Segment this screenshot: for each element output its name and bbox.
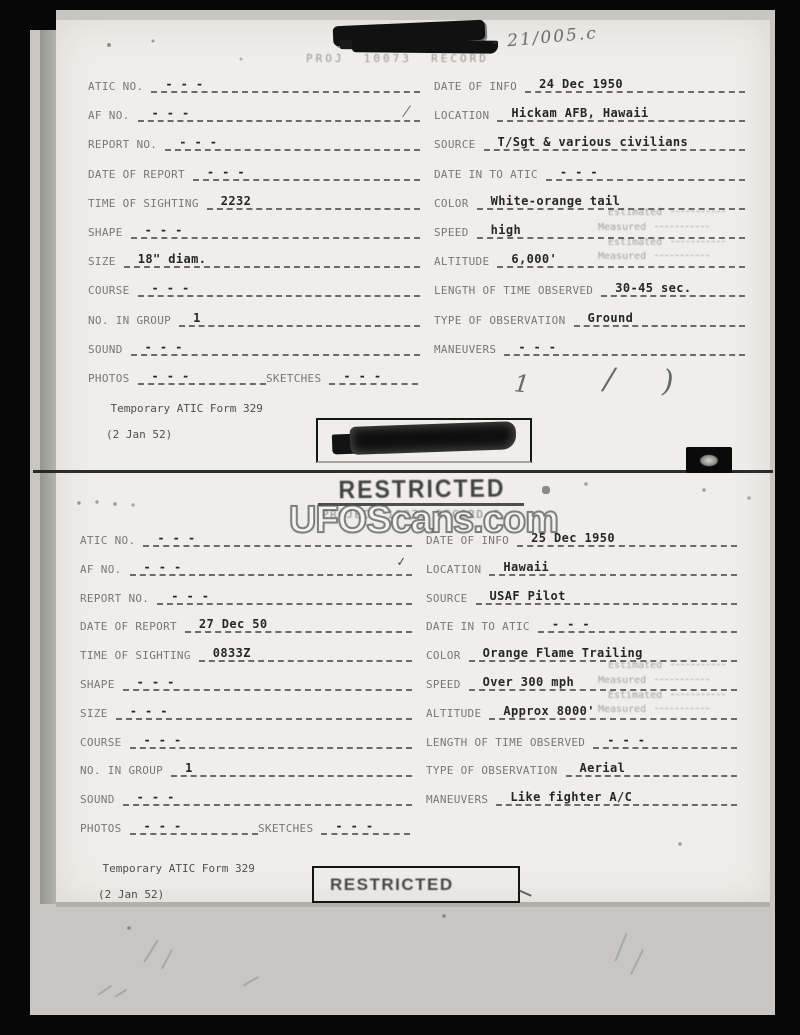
field-label: SKETCHES — [266, 372, 321, 385]
field-value: - - - — [504, 340, 745, 356]
field-value: USAF Pilot — [476, 589, 737, 605]
form-row: SOUND- - -MANEUVERS- - - — [88, 339, 745, 356]
field-left: NO. IN GROUP1 — [88, 310, 434, 327]
form-row: COURSE- - -LENGTH OF TIME OBSERVED- - - — [80, 732, 737, 749]
field-label: DATE OF INFO — [434, 80, 517, 93]
field-label: SKETCHES — [258, 822, 313, 835]
field-label: SPEED — [434, 226, 469, 239]
field-label: NO. IN GROUP — [88, 314, 171, 327]
field-right: LOCATIONHickam AFB, Hawaii — [434, 105, 745, 122]
handwritten-mark-3: ) — [662, 364, 674, 399]
field-value: - - - — [193, 165, 420, 181]
field-label: SIZE — [88, 255, 116, 268]
field-right: SOURCET/Sgt & various civilians — [434, 134, 745, 151]
field-value: - - - — [593, 733, 737, 749]
side-note: Measured — [598, 251, 758, 266]
page-divider-line — [33, 470, 773, 473]
field-label: SPEED — [426, 678, 461, 691]
form2-footer: Temporary ATIC Form 329 (2 Jan 52) — [76, 849, 255, 927]
restricted-stamp-footer-box: RESTRICTED — [312, 866, 520, 903]
field-left: ATIC NO.- - - — [88, 76, 434, 93]
field-label: SHAPE — [88, 226, 123, 239]
field-value: - - - — [123, 675, 412, 691]
field-label: COLOR — [426, 649, 461, 662]
field-right: TYPE OF OBSERVATIONGround — [434, 310, 745, 327]
field-label: REPORT NO. — [80, 592, 149, 605]
field-left: SHAPE- - - — [88, 222, 434, 239]
field-left: NO. IN GROUP1 — [80, 760, 426, 777]
field-right: DATE OF INFO24 Dec 1950 — [434, 76, 745, 93]
field-label: LOCATION — [434, 109, 489, 122]
field-label: PHOTOS — [88, 372, 130, 385]
film-punch-mark — [686, 447, 732, 473]
redaction-blob — [350, 421, 517, 455]
field-label: LENGTH OF TIME OBSERVED — [426, 736, 585, 749]
field-label: COLOR — [434, 197, 469, 210]
field-label: MANEUVERS — [434, 343, 496, 356]
form-name: Temporary ATIC Form 329 — [103, 862, 255, 875]
field-label: TYPE OF OBSERVATION — [426, 764, 558, 777]
form-row: AF NO.- - -LOCATIONHickam AFB, Hawaii — [88, 105, 745, 122]
field-right: LENGTH OF TIME OBSERVED30-45 sec. — [434, 280, 745, 297]
field-left: SOUND- - - — [88, 339, 434, 356]
field-value: - - - — [157, 589, 412, 605]
scan-corner-notch — [30, 10, 56, 30]
field-left: PHOTOS- - - — [88, 368, 266, 385]
form-row: NO. IN GROUP1TYPE OF OBSERVATIONAerial — [80, 760, 737, 777]
form1-footer: Temporary ATIC Form 329 (2 Jan 52) — [84, 389, 263, 467]
field-label: LOCATION — [426, 563, 481, 576]
field-label: PHOTOS — [80, 822, 122, 835]
field-value: Aerial — [566, 761, 737, 777]
field-right: TYPE OF OBSERVATIONAerial — [426, 760, 737, 777]
field-value: 24 Dec 1950 — [525, 77, 745, 93]
field-left: PHOTOS- - - — [80, 818, 258, 835]
field-value: - - - — [130, 819, 258, 835]
field-left: SHAPE- - - — [80, 674, 426, 691]
field-value: - - - — [538, 617, 737, 633]
field-value: - - - — [130, 560, 412, 576]
field-value: 1 — [179, 311, 420, 327]
paper-specks — [0, 0, 2, 2]
form-name: Temporary ATIC Form 329 — [111, 402, 263, 415]
redacted-stamp-box — [316, 418, 532, 463]
field-label: SOUND — [88, 343, 123, 356]
field-right: MANEUVERS- - - — [434, 339, 745, 356]
side-note: Estimated — [608, 690, 758, 705]
field-value: - - - — [138, 281, 420, 297]
form-row: AF NO.- - -LOCATIONHawaii — [80, 559, 737, 576]
form-row: SOUND- - -MANEUVERSLike fighter A/C — [80, 789, 737, 806]
field-label: COURSE — [88, 284, 130, 297]
field-right: LOCATIONHawaii — [426, 559, 737, 576]
field-value: - - - — [116, 704, 412, 720]
ufoscans-watermark: UFOScans.com — [289, 499, 558, 542]
field-label: AF NO. — [80, 563, 122, 576]
side-note: Estimated — [608, 660, 758, 675]
field-value: - - - — [130, 733, 412, 749]
field-label: MANEUVERS — [426, 793, 488, 806]
form-row: REPORT NO.- - -SOURCEUSAF Pilot — [80, 588, 737, 605]
field-value: Ground — [574, 311, 745, 327]
form-row: NO. IN GROUP1TYPE OF OBSERVATIONGround — [88, 310, 745, 327]
field-label: TYPE OF OBSERVATION — [434, 314, 566, 327]
field-value: - - - — [546, 165, 745, 181]
field-left: AF NO.- - - — [88, 105, 434, 122]
field-value: Like fighter A/C — [496, 790, 737, 806]
field-label: SOURCE — [426, 592, 468, 605]
field-left: SIZE18" diam. — [88, 251, 434, 268]
form-row: REPORT NO.- - -SOURCET/Sgt & various civ… — [88, 134, 745, 151]
field-right: SKETCHES- - - — [258, 818, 410, 835]
field-left: REPORT NO.- - - — [88, 134, 434, 151]
field-label: DATE IN TO ATIC — [434, 168, 538, 181]
field-label: SIZE — [80, 707, 108, 720]
field-left: COURSE- - - — [88, 280, 434, 297]
side-note: Estimated — [608, 207, 758, 222]
field-value: 0833Z — [199, 646, 412, 662]
field-label: SOURCE — [434, 138, 476, 151]
field-left: SOUND- - - — [80, 789, 426, 806]
form-row: COURSE- - -LENGTH OF TIME OBSERVED30-45 … — [88, 280, 745, 297]
field-right: SKETCHES- - - — [266, 368, 418, 385]
form2-side-notes: Estimated Measured Estimated Measured — [598, 660, 758, 719]
field-label: AF NO. — [88, 109, 130, 122]
field-label: ALTITUDE — [434, 255, 489, 268]
form-row: DATE OF REPORT27 Dec 50DATE IN TO ATIC- … — [80, 616, 737, 633]
form-date: (2 Jan 52) — [98, 888, 255, 901]
field-left: REPORT NO.- - - — [80, 588, 426, 605]
page-edge-shadow — [40, 24, 57, 904]
scanned-document: PROJ 10073 RECORD - 21/005.c / ATIC NO.-… — [0, 0, 800, 1035]
field-left: DATE OF REPORT27 Dec 50 — [80, 616, 426, 633]
field-right: DATE IN TO ATIC- - - — [434, 164, 745, 181]
field-right: DATE IN TO ATIC- - - — [426, 616, 737, 633]
field-right: SOURCEUSAF Pilot — [426, 588, 737, 605]
form-row: DATE OF REPORT- - -DATE IN TO ATIC- - - — [88, 164, 745, 181]
field-label: SOUND — [80, 793, 115, 806]
field-label: REPORT NO. — [88, 138, 157, 151]
project-record-caption-1: PROJ 10073 RECORD — [306, 52, 489, 65]
form-row: PHOTOS- - -SKETCHES- - - — [80, 818, 410, 835]
field-value: 30-45 sec. — [601, 281, 745, 297]
field-value: - - - — [123, 790, 412, 806]
field-label: ATIC NO. — [88, 80, 143, 93]
field-label: TIME OF SIGHTING — [80, 649, 191, 662]
field-left: SIZE- - - — [80, 703, 426, 720]
form-date: (2 Jan 52) — [106, 428, 263, 441]
field-value: - - - — [131, 223, 420, 239]
field-value: 1 — [171, 761, 412, 777]
field-value: 2232 — [207, 194, 420, 210]
field-label: ATIC NO. — [80, 534, 135, 547]
field-left: TIME OF SIGHTING2232 — [88, 193, 434, 210]
side-note: Measured — [598, 222, 758, 237]
form-row: ATIC NO.- - -DATE OF INFO24 Dec 1950 — [88, 76, 745, 93]
field-label: SHAPE — [80, 678, 115, 691]
field-left: AF NO.- - - — [80, 559, 426, 576]
field-value: 18" diam. — [124, 252, 420, 268]
field-label: NO. IN GROUP — [80, 764, 163, 777]
restricted-stamp-footer: RESTRICTED — [330, 875, 454, 895]
field-right: LENGTH OF TIME OBSERVED- - - — [426, 732, 737, 749]
side-note: Measured — [598, 704, 758, 719]
field-value: - - - — [165, 135, 420, 151]
field-value: Hawaii — [489, 560, 737, 576]
field-label: TIME OF SIGHTING — [88, 197, 199, 210]
field-value: - - - — [321, 819, 410, 835]
field-left: COURSE- - - — [80, 732, 426, 749]
field-label: ALTITUDE — [426, 707, 481, 720]
field-left: TIME OF SIGHTING0833Z — [80, 645, 426, 662]
field-value: - - - — [329, 369, 418, 385]
side-note: Estimated — [608, 237, 758, 252]
form1-side-notes: Estimated Measured Estimated Measured — [598, 207, 758, 266]
field-value: Hickam AFB, Hawaii — [497, 106, 745, 122]
field-label: DATE OF REPORT — [80, 620, 177, 633]
handwritten-mark-1: 1 — [513, 369, 531, 398]
field-label: LENGTH OF TIME OBSERVED — [434, 284, 593, 297]
field-value: - - - — [138, 106, 420, 122]
field-value: 27 Dec 50 — [185, 617, 412, 633]
field-right: MANEUVERSLike fighter A/C — [426, 789, 737, 806]
field-value: - - - — [151, 77, 420, 93]
side-note: Measured — [598, 675, 758, 690]
field-label: DATE IN TO ATIC — [426, 620, 530, 633]
field-value: - - - — [131, 340, 420, 356]
field-label: COURSE — [80, 736, 122, 749]
form-row: PHOTOS- - -SKETCHES- - - — [88, 368, 418, 385]
field-value: T/Sgt & various civilians — [484, 135, 745, 151]
field-value: - - - — [138, 369, 266, 385]
field-left: DATE OF REPORT- - - — [88, 164, 434, 181]
field-label: DATE OF REPORT — [88, 168, 185, 181]
